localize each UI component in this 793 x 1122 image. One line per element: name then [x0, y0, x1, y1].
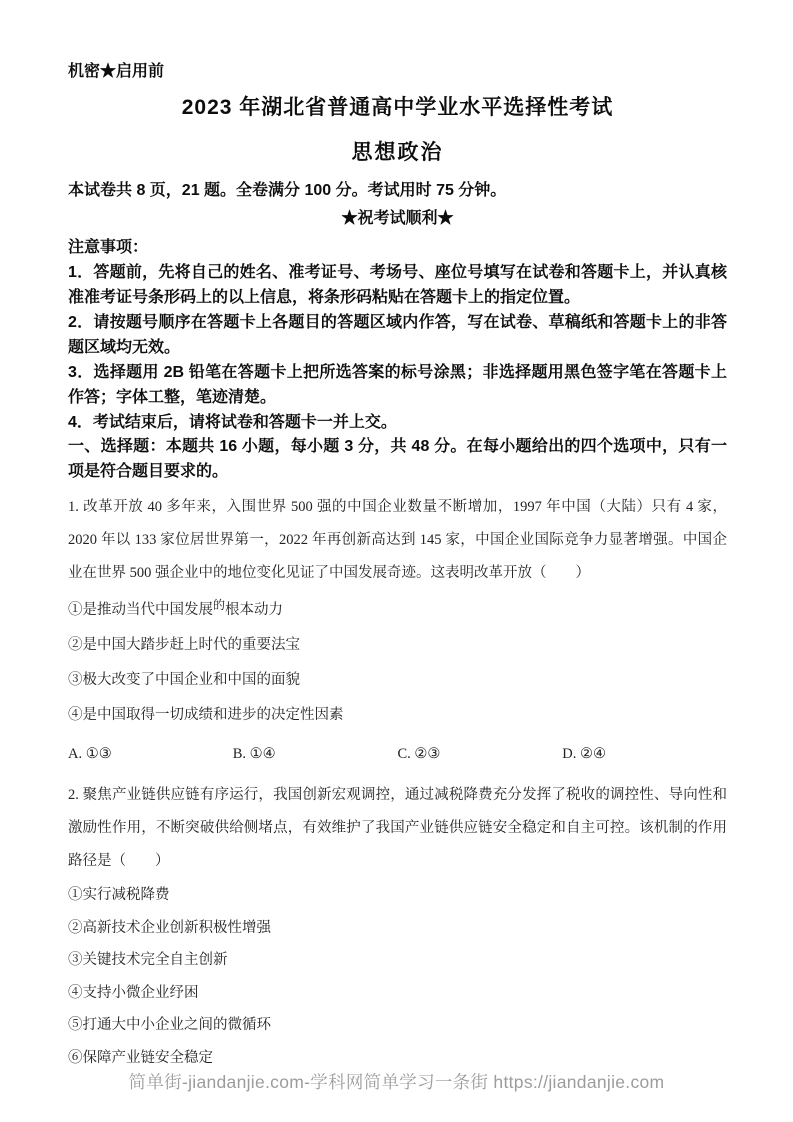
question-2-option-4: ④支持小微企业纾困: [68, 977, 727, 1010]
question-2-option-2: ②高新技术企业创新积极性增强: [68, 912, 727, 945]
question-2-options: ①实行减税降费 ②高新技术企业创新积极性增强 ③关键技术完全自主创新 ④支持小微…: [68, 879, 727, 1074]
page-content: 机密★启用前 2023 年湖北省普通高中学业水平选择性考试 思想政治 本试卷共 …: [0, 0, 793, 1074]
question-1-stem: 1. 改革开放 40 多年来，入围世界 500 强的中国企业数量不断增加，199…: [68, 491, 727, 590]
notice-item-2: 2．请按题号顺序在答题卡上各题目的答题区域内作答，写在试卷、草稿纸和答题卡上的非…: [68, 310, 727, 360]
notice-item-3: 3．选择题用 2B 铅笔在答题卡上把所选答案的标号涂黑；非选择题用黑色签字笔在答…: [68, 360, 727, 410]
choice-b: B. ①④: [233, 739, 398, 769]
choice-d: D. ②④: [562, 739, 727, 769]
notice-heading: 注意事项：: [68, 235, 727, 260]
question-1-option-4: ④是中国取得一切成绩和进步的决定性因素: [68, 698, 727, 733]
question-1-options: ①是推动当代中国发展的根本动力 ②是中国大踏步赶上时代的重要法宝 ③极大改变了中…: [68, 593, 727, 733]
classification-label: 机密★启用前: [68, 62, 727, 82]
choice-a: A. ①③: [68, 739, 233, 769]
question-1-option-2: ②是中国大踏步赶上时代的重要法宝: [68, 628, 727, 663]
watermark-footer: 简单街-jiandanjie.com-学科网简单学习一条街 https://ji…: [0, 1069, 793, 1094]
section-heading-multiple-choice: 一、选择题：本题共 16 小题，每小题 3 分，共 48 分。在每小题给出的四个…: [68, 435, 727, 484]
question-1-option-3: ③极大改变了中国企业和中国的面貌: [68, 663, 727, 698]
question-1: 1. 改革开放 40 多年来，入围世界 500 强的中国企业数量不断增加，199…: [68, 491, 727, 769]
option-text-pre: ①是推动当代中国发展: [68, 602, 213, 618]
question-2-option-5: ⑤打通大中小企业之间的微循环: [68, 1009, 727, 1042]
question-2-option-3: ③关键技术完全自主创新: [68, 944, 727, 977]
choice-c: C. ②③: [398, 739, 563, 769]
question-2-option-1: ①实行减税降费: [68, 879, 727, 912]
exam-subject: 思想政治: [68, 140, 727, 166]
option-text-post: 根本动力: [225, 602, 283, 618]
question-2: 2. 聚焦产业链供应链有序运行，我国创新宏观调控，通过减税降费充分发挥了税收的调…: [68, 779, 727, 1074]
question-1-choices-row: A. ①③ B. ①④ C. ②③ D. ②④: [68, 739, 727, 769]
exam-wish: ★祝考试顺利★: [68, 208, 727, 230]
superscript-de: 的: [213, 598, 225, 612]
notice-item-1: 1．答题前，先将自己的姓名、准考证号、考场号、座位号填写在试卷和答题卡上，并认真…: [68, 260, 727, 310]
question-1-option-1: ①是推动当代中国发展的根本动力: [68, 593, 727, 628]
question-2-stem: 2. 聚焦产业链供应链有序运行，我国创新宏观调控，通过减税降费充分发挥了税收的调…: [68, 779, 727, 878]
exam-paper-page: 机密★启用前 2023 年湖北省普通高中学业水平选择性考试 思想政治 本试卷共 …: [0, 0, 793, 1122]
notice-item-4: 4．考试结束后，请将试卷和答题卡一并上交。: [68, 410, 727, 435]
exam-info: 本试卷共 8 页，21 题。全卷满分 100 分。考试用时 75 分钟。: [68, 180, 727, 202]
exam-title: 2023 年湖北省普通高中学业水平选择性考试: [68, 95, 727, 121]
